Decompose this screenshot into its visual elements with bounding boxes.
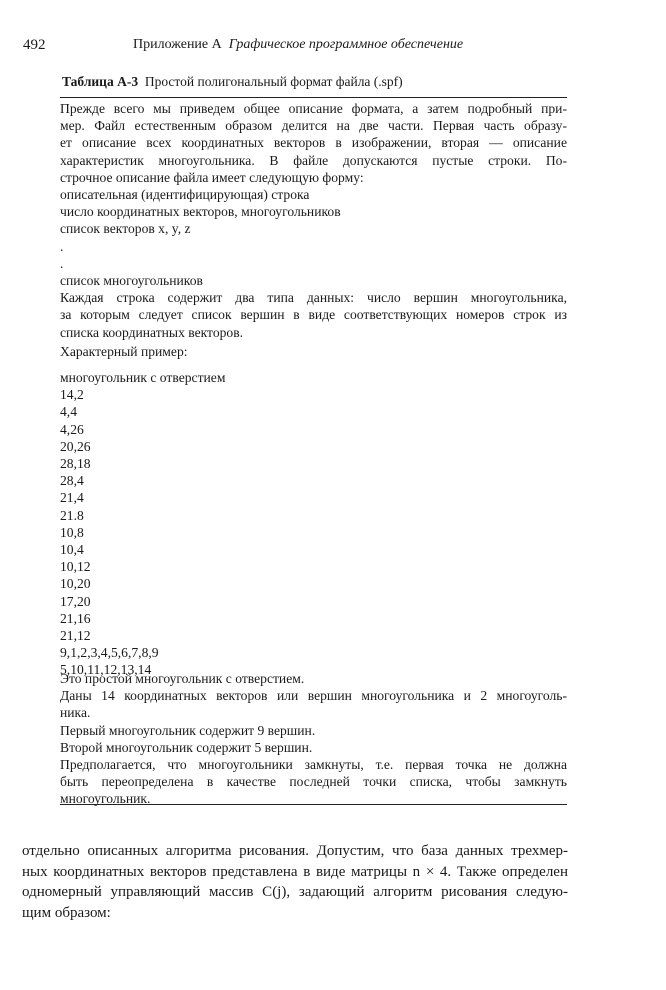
text-line: 10,20 — [60, 575, 567, 592]
text-line: Даны 14 координатных векторов или вершин… — [60, 687, 567, 704]
text-line: 10,12 — [60, 558, 567, 575]
text-line: описательная (идентифицирующая) строка — [60, 186, 567, 203]
text-line: многоугольник. — [60, 790, 567, 807]
text-line: 4,26 — [60, 421, 567, 438]
table-top-rule — [60, 97, 567, 98]
text-line: . — [60, 255, 567, 272]
text-line: отдельно описанных алгоритма рисования. … — [22, 841, 568, 862]
text-line: щим образом: — [22, 903, 568, 924]
example-label: Характерный пример: — [60, 343, 567, 360]
text-line: Первый многоугольник содержит 9 вершин. — [60, 722, 567, 739]
text-line: список многоугольников — [60, 272, 567, 289]
table-label: Таблица А-3 — [62, 74, 138, 89]
text-line: список векторов x, y, z — [60, 220, 567, 237]
text-line: строчное описание файла имеет следующую … — [60, 169, 567, 186]
text-line: за которым следует список вершин в виде … — [60, 306, 567, 323]
text-line: число координатных векторов, многоугольн… — [60, 203, 567, 220]
table-bottom-rule — [60, 804, 567, 805]
text-line: ных координатных векторов представлена в… — [22, 862, 568, 883]
body-paragraph: отдельно описанных алгоритма рисования. … — [22, 841, 568, 923]
table-intro: Прежде всего мы приведем общее описание … — [60, 100, 567, 186]
text-line: 14,2 — [60, 386, 567, 403]
text-line: ника. — [60, 704, 567, 721]
running-head-title: Графическое программное обеспечение — [229, 37, 463, 52]
example-label-text: Характерный пример: — [60, 343, 567, 360]
table-caption: Таблица А-3 Простой полигональный формат… — [62, 74, 403, 90]
example-listing: многоугольник с отверстием14,24,44,2620,… — [60, 369, 567, 679]
text-line: 20,26 — [60, 438, 567, 455]
text-line: одномерный управляющий массив C(j), зада… — [22, 882, 568, 903]
text-line: Прежде всего мы приведем общее описание … — [60, 100, 567, 117]
text-line: . — [60, 238, 567, 255]
text-line: 9,1,2,3,4,5,6,7,8,9 — [60, 644, 567, 661]
text-line: 21,4 — [60, 489, 567, 506]
text-line: Каждая строка содержит два типа данных: … — [60, 289, 567, 306]
table-notes: Это простой многоугольник с отверстием.Д… — [60, 670, 567, 808]
table-form-description: описательная (идентифицирующая) строкачи… — [60, 186, 567, 341]
text-line: Второй многоугольник содержит 5 вершин. — [60, 739, 567, 756]
text-line: 10,8 — [60, 524, 567, 541]
text-line: 28,4 — [60, 472, 567, 489]
text-line: 21,16 — [60, 610, 567, 627]
text-line: 28,18 — [60, 455, 567, 472]
text-line: быть переопределена в качестве последней… — [60, 773, 567, 790]
text-line: Предполагается, что многоугольники замкн… — [60, 756, 567, 773]
running-head: Приложение А Графическое программное обе… — [133, 37, 463, 53]
text-line: 4,4 — [60, 403, 567, 420]
text-line: Это простой многоугольник с отверстием. — [60, 670, 567, 687]
text-line: 21,12 — [60, 627, 567, 644]
table-caption-text: Простой полигональный формат файла (.spf… — [145, 74, 403, 89]
page-number: 492 — [23, 37, 46, 54]
text-line: 17,20 — [60, 593, 567, 610]
text-line: 10,4 — [60, 541, 567, 558]
text-line: многоугольник с отверстием — [60, 369, 567, 386]
text-line: характеристик многоугольника. В файле до… — [60, 152, 567, 169]
text-line: списка координатных векторов. — [60, 324, 567, 341]
text-line: мер. Файл естественным образом делится н… — [60, 117, 567, 134]
text-line: 21.8 — [60, 507, 567, 524]
text-line: ет описание всех координатных векторов в… — [60, 134, 567, 151]
running-head-prefix: Приложение А — [133, 37, 222, 52]
